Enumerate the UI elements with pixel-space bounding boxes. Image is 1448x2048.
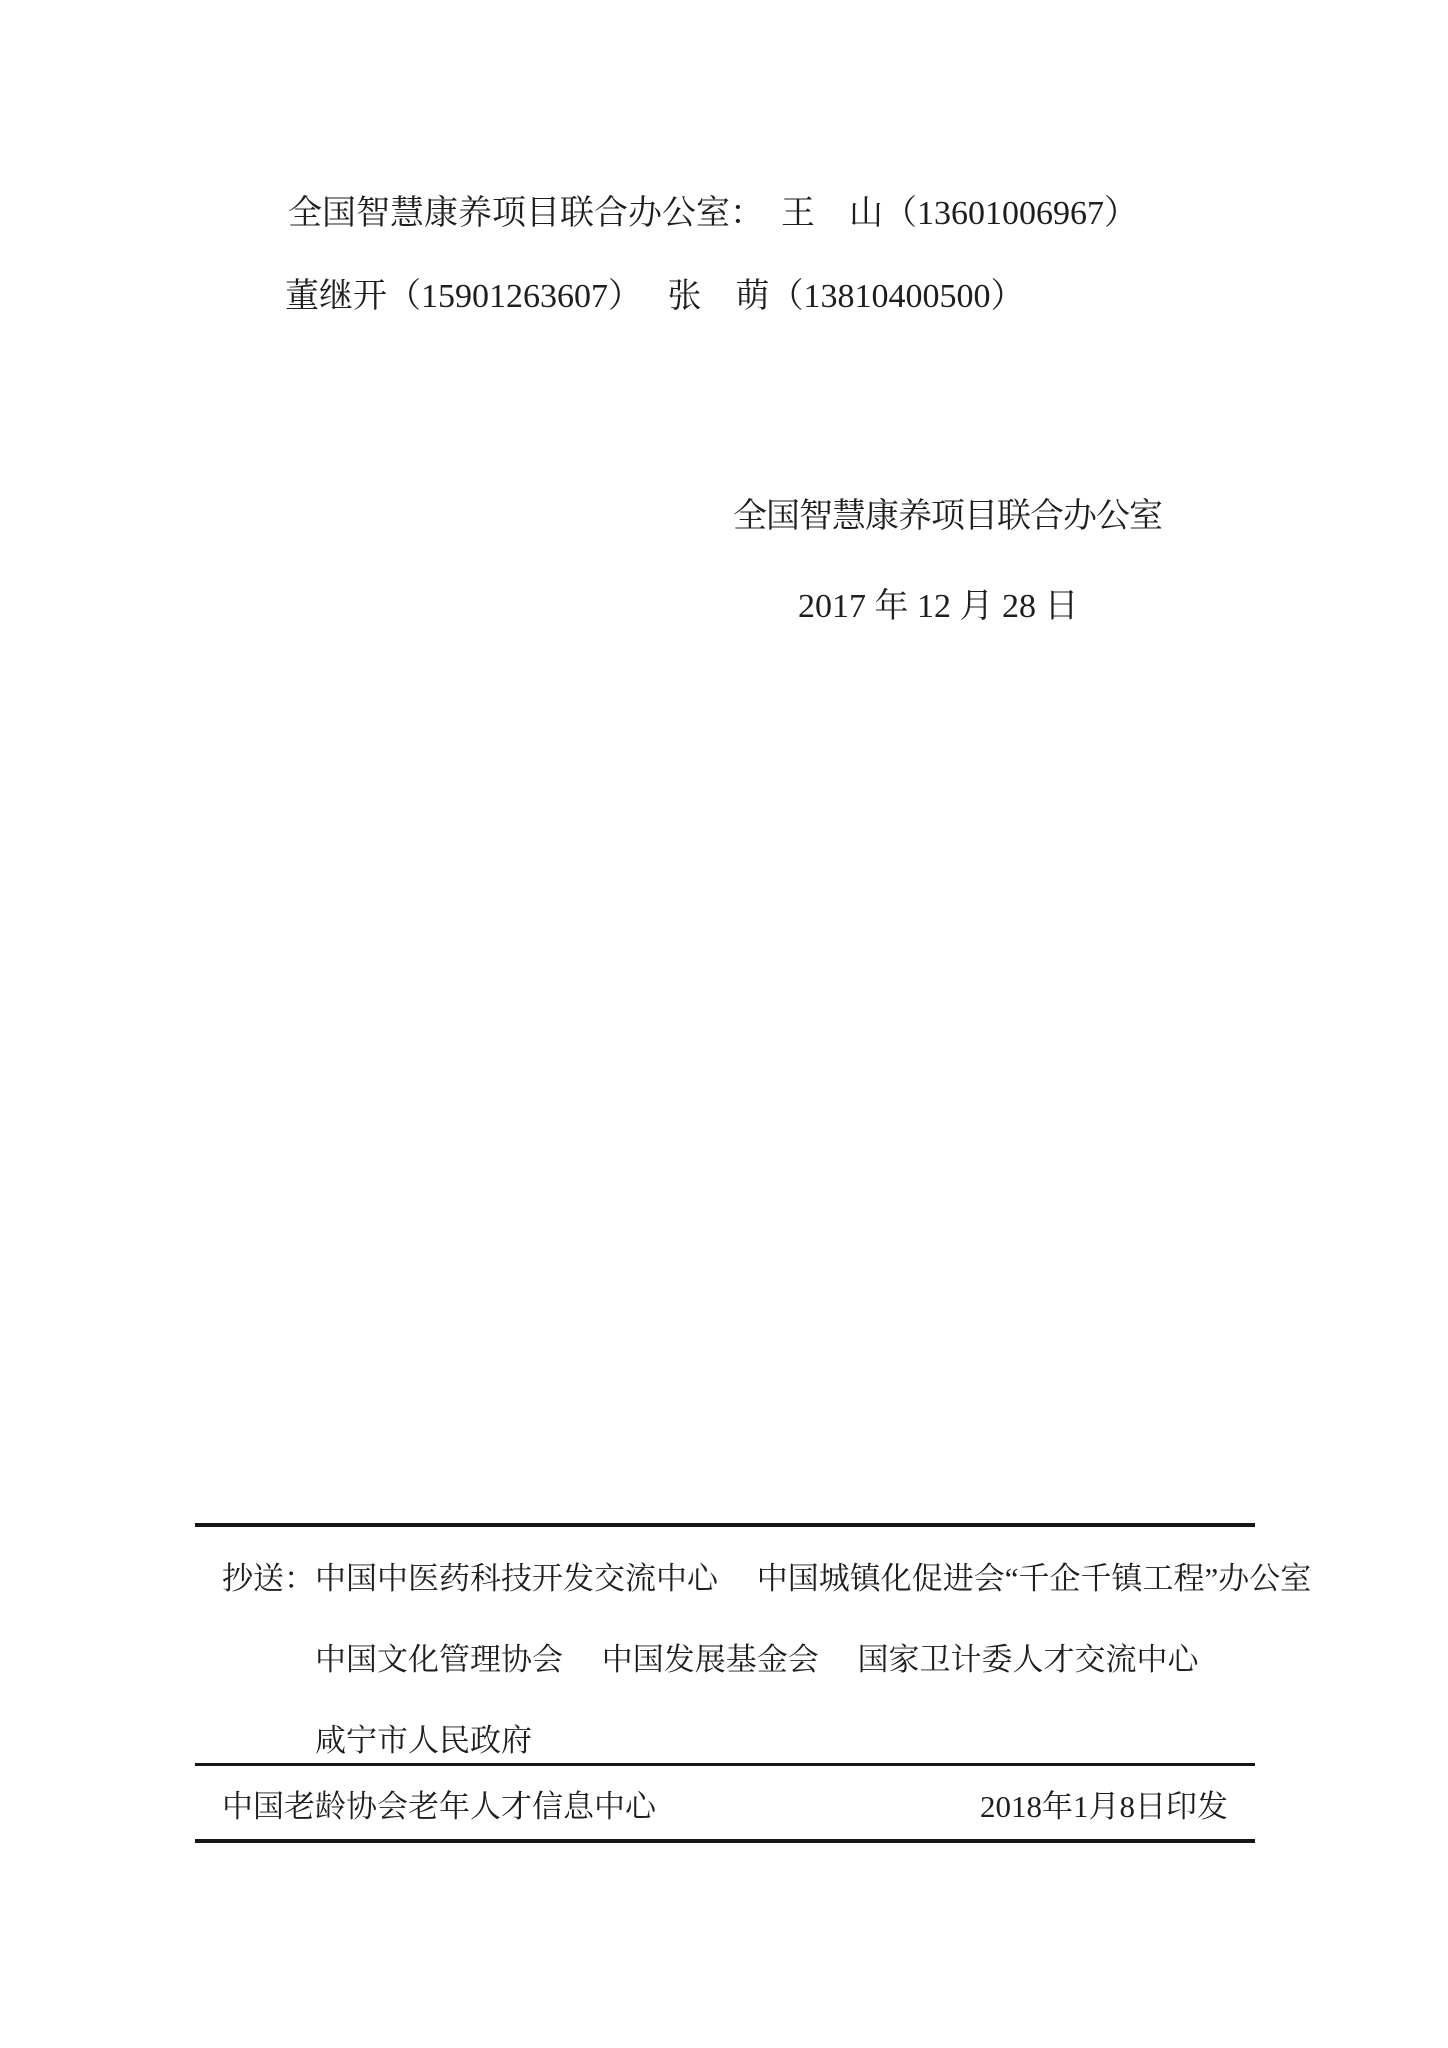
footer-middle-rule — [195, 1763, 1255, 1766]
cc-recipient-lines: 中国中医药科技开发交流中心 中国城镇化促进会“千企千镇工程”办公室 中国文化管理… — [315, 1538, 1311, 1781]
cc-recipients-line-1: 中国中医药科技开发交流中心 中国城镇化促进会“千企千镇工程”办公室 — [315, 1538, 1311, 1619]
issuer-row: 中国老龄协会老年人才信息中心 2018年1月8日印发 — [222, 1789, 1228, 1825]
signature-date: 2017 年 12 月 28 日 — [798, 590, 1079, 624]
document-page: 全国智慧康养项目联合办公室： 王 山（13601006967） 董继开（1590… — [0, 0, 1448, 2048]
footer-bottom-rule — [195, 1839, 1255, 1843]
footer-top-rule — [195, 1523, 1255, 1527]
signature-organization: 全国智慧康养项目联合办公室 — [733, 500, 1162, 534]
cc-recipients-line-2: 中国文化管理协会 中国发展基金会 国家卫计委人才交流中心 — [315, 1619, 1311, 1700]
issuer-name: 中国老龄协会老年人才信息中心 — [222, 1789, 656, 1825]
cc-block: 抄送： 中国中医药科技开发交流中心 中国城镇化促进会“千企千镇工程”办公室 中国… — [222, 1538, 1262, 1781]
print-date: 2018年1月8日印发 — [980, 1789, 1228, 1825]
cc-recipients-line-3: 咸宁市人民政府 — [315, 1700, 1311, 1781]
cc-label: 抄送： — [222, 1538, 315, 1781]
contact-line-dongjikai-zhangmeng: 董继开（15901263607） 张 萌（13810400500） — [285, 280, 1025, 314]
contact-line-office-wangshan: 全国智慧康养项目联合办公室： 王 山（13601006967） — [288, 197, 1138, 231]
